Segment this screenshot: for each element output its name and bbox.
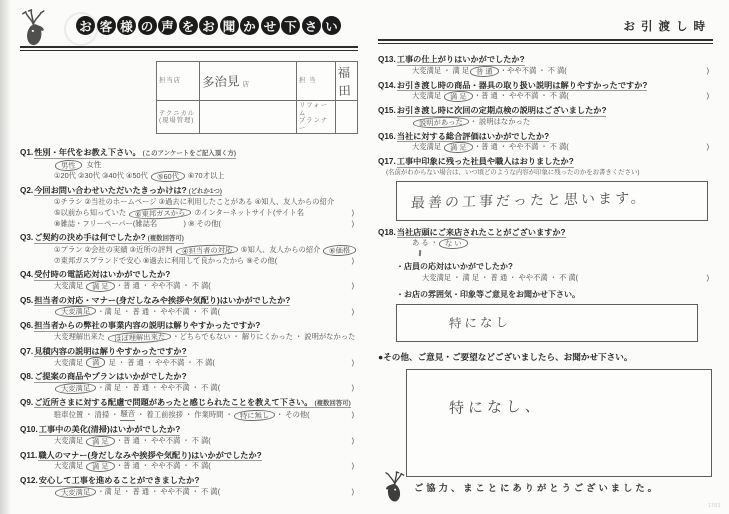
form-number: 1701 (708, 503, 721, 509)
question-title: ご提案の商品やプランはいかがでしたか? (34, 372, 186, 383)
question-title: 当社に対する総合評価はいかがでしたか? (397, 132, 549, 143)
question-q7: Q7.見積内容の説明は解りやすかったですか?大変満足 満 足 ・ 普 通 ・ や… (20, 346, 358, 369)
closing-paren: ) (352, 358, 354, 369)
other-comments-box: 特になし、 (406, 369, 712, 477)
question-id: Q2. (20, 186, 33, 195)
closing-paren: ) (352, 383, 354, 394)
deer-logo-icon (374, 468, 406, 508)
question-title: 受付時の電話応対はいかがでしたか? (34, 270, 170, 281)
option-text: ・どちらでもない ・ 解りにくかった ・ 説明がなかった (172, 332, 355, 343)
closing-paren: ) (707, 66, 709, 77)
option-line: 大変満足・満 足 ・ 普 通 ・ やや不満 ・ 不 満() (20, 487, 358, 498)
question-q9: Q9.ご近所さまに対する配慮で問題があったと感じられたことを教えて下さい。(複数… (20, 397, 358, 421)
selected-option: 大変満足 (55, 306, 97, 318)
option-text: ・普 通 ・ やや不満 ・ 不 満( (474, 91, 569, 102)
option-text: ⑥70才以上 (186, 171, 225, 182)
selected-option: な い (439, 238, 468, 250)
deer-logo-icon (20, 8, 58, 50)
questions-q1-q12: Q1.性別・年代をお教え下さい。(このアンケートをご記入頂く方)男性 女性①20… (20, 147, 358, 497)
option-line: 大変満足 満 足・普 通 ・ やや不満 ・ 不 満() (20, 436, 358, 447)
selected-option: 満 足 (86, 461, 115, 473)
question-q3: Q3.ご契約の決め手は何でしたか?(複数回答可)①プラン ②会社の実績 ③近所の… (20, 232, 358, 266)
q18-sub2-label: ・お店の雰囲気・印象等ご意見をお聞かせ下さい。 (396, 290, 713, 300)
closing-paren: ) (352, 219, 354, 230)
option-line: 大変満足・満 足 ・ 普 通 ・ やや不満 ・ 不 満() (20, 306, 358, 317)
question-id: Q11. (20, 451, 37, 460)
thanks-row: ご協力、まことにありがとうございました。 (378, 480, 713, 494)
closing-paren: ) (352, 281, 354, 292)
option-text: 大変満足 (412, 142, 443, 153)
option-text: ⑧雑誌・フリーペーパー(雑誌名 ) ⑨ その他( (54, 219, 221, 230)
option-text: ⑦インターネットサイト(サイト名 (193, 208, 304, 219)
option-line: 駐車位置 ・ 清掃 ・ 騒音 ・ 着工前挨拶 ・ 作業時間 ・特に無し・ その他… (20, 409, 358, 421)
closing-paren: ) (352, 487, 354, 498)
option-text: 大変理解出来た (54, 332, 107, 343)
question-note: (複数回答可) (315, 400, 351, 407)
option-text: 大変満足 (54, 461, 85, 472)
closing-paren: ) (352, 307, 354, 318)
title-character-badge: 様 (117, 16, 136, 35)
option-text: ・満 足 ・ 普 通 ・ やや不満 ・ 不 満( (97, 487, 220, 498)
option-text: ⑤知人、友人からの紹介 (239, 245, 323, 256)
question-id: Q4. (20, 270, 33, 279)
title-character-badge: せ (261, 16, 280, 35)
option-text: ・ 説明はなかった (470, 117, 530, 128)
option-line: 大変満足 満 足・普 通 ・ やや不満 ・ 不 満() (378, 91, 713, 102)
option-text: ・やや不満 ・ 不 満( (500, 66, 567, 77)
staff-tech-value (200, 101, 297, 134)
title-rule (20, 46, 358, 51)
option-text: ①プラン ②会社の実績 ③近所の評判 (54, 245, 175, 256)
thanks-message: ご協力、まことにありがとうございました。 (414, 480, 660, 494)
title-character-badge: 声 (158, 16, 177, 35)
question-title: 担当者の対応・マナー(身だしなみや挨拶や気配り)はいかがでしたか? (34, 296, 290, 307)
q17-note: (名前がわからない場合は、いつ頃どのような内容が印象に残ったのかをお書きください… (386, 168, 713, 177)
title-character-badge: を (179, 16, 198, 35)
question-title: お引き渡し時に次回の定期点検の説明はございましたか? (397, 106, 607, 117)
option-line: 大変満足 満 足・普 通 ・ やや不満 ・ 不 満() (20, 281, 358, 292)
question-title: 職人のマナー(身だしなみや挨拶や気配り)はいかがでしたか? (38, 451, 261, 462)
question-q10: Q10.工事中の美化(清掃)はいかがでしたか?大変満足 満 足・普 通 ・ やや… (20, 424, 358, 447)
option-text: 大変満足 (54, 436, 85, 447)
staff-person-value: 福 田 (336, 62, 358, 101)
question-id: Q3. (20, 233, 33, 242)
question-id: Q9. (20, 398, 33, 407)
question-title: 安心して工事を進めることができましたか? (39, 476, 200, 487)
selected-option: 満 足 (86, 280, 115, 292)
question-id: Q13. (378, 55, 396, 64)
q17-handwritten-answer: 最善の工事だったと思います。 (411, 187, 649, 212)
handover-rule (378, 39, 713, 44)
option-line: 大変満足 満 足・普 通 ・ やや不満 ・ 不 満() (20, 461, 358, 472)
page-left: お客様の声をお聞かせ下さい 担当店 多治見店 担 当 福 田 テクニカル (現場… (0, 0, 368, 514)
question-title: 今回お問い合わせいただいたきっかけは?(どれか1つ) (34, 186, 222, 197)
option-text: ・ その他( (276, 410, 310, 421)
question-title: 見積内容の説明は解りやすかったですか? (34, 347, 186, 358)
question-q14: Q14.お引き渡し時の商品・器具の取り扱い説明は解りやすかったですか?大変満足 … (378, 80, 713, 103)
selected-option: 大変満足 (55, 382, 97, 394)
title-character-badge: 客 (97, 16, 116, 35)
staff-planner-label: リフォーム プランナー (297, 101, 336, 134)
staff-planner-value (336, 101, 358, 134)
option-text: ⑦東邦ガスブランドで安心 ⑧過去に利用して良かったから ⑨その他( (54, 256, 277, 267)
other-handwritten-answer: 特になし、 (449, 395, 545, 418)
title-character-badge: 聞 (220, 16, 239, 35)
q18-sub1-label: ・店員の応対はいかがでしたか? (396, 262, 713, 272)
q18-sub1-options: 大変満足 ・ 満 足 ・ 普 通 ・ やや不満 ・ 不 満( ) (378, 273, 713, 284)
selected-option: 説明があった (413, 116, 469, 129)
selected-option: 満 (86, 357, 106, 369)
option-line: 大変満足 満 足 ・ 普 通 ・ やや不満 ・ 不 満() (20, 357, 358, 368)
option-text: ・満 足 ・ 普 通 ・ やや不満 ・ 不 満( (97, 383, 220, 394)
option-line: 説明があった・ 説明はなかった (378, 117, 713, 128)
closing-paren: ) (352, 410, 354, 421)
closing-paren: ) (707, 91, 709, 102)
page-right: お引渡し時 Q13.工事の仕上がりはいかがでしたか?大変満足 ・ 満 足普 通・… (368, 0, 729, 514)
question-id: Q7. (20, 347, 33, 356)
selected-option: 満 足 (444, 142, 473, 154)
question-note: (このアンケートをご記入頂く方) (143, 150, 236, 157)
selected-option: ほぼ理解出来た (108, 331, 171, 344)
question-q2: Q2.今回お問い合わせいただいたきっかけは?(どれか1つ)①チラシ ②当社のホー… (20, 185, 358, 230)
option-line: ①チラシ ②当社のホームページ ③過去に利用したことがある ④知人、友人からの紹… (20, 197, 358, 208)
option-text: 騒音 (120, 409, 135, 421)
question-title: お引き渡し時の商品・器具の取り扱い説明は解りやすかったですか? (397, 81, 648, 92)
scanned-survey-sheet: お客様の声をお聞かせ下さい 担当店 多治見店 担 当 福 田 テクニカル (現場… (0, 0, 729, 514)
left-header: お客様の声をお聞かせ下さい (20, 6, 358, 46)
option-text: ・普 通 ・ やや不満 ・ 不 満( (116, 281, 211, 292)
q18-answer-box: 特になし (396, 304, 698, 342)
question-q5: Q5.担当者の対応・マナー(身だしなみや挨拶や気配り)はいかがでしたか?大変満足… (20, 295, 358, 318)
option-text: 大変満足 (54, 281, 85, 292)
option-line: 大変満足 ・ 満 足普 通・やや不満 ・ 不 満() (378, 66, 713, 77)
question-q4: Q4.受付時の電話応対はいかがでしたか?大変満足 満 足・普 通 ・ やや不満 … (20, 269, 358, 292)
selected-option: 特に無し (234, 409, 276, 421)
question-title: ご近所さまに対する配慮で問題があったと感じられたことを教えて下さい。(複数回答可… (34, 398, 351, 409)
question-note: (どれか1つ) (189, 188, 222, 195)
section-header-handover: お引渡し時 (378, 18, 711, 34)
staff-store-label: 担当店 (157, 62, 200, 101)
question-id: Q16. (378, 132, 396, 141)
option-text: ・ 着工前挨拶 ・ 作業時間 ・ (135, 410, 233, 421)
option-text: ①20代 ②30代 ③40代 ④50代 (54, 171, 150, 182)
page-title: お客様の声をお聞かせ下さい (76, 16, 343, 35)
q18-handwritten-answer: 特になし (449, 312, 512, 331)
question-title: 担当者からの弊社の事業内容の説明は解りやすかったですか? (34, 321, 260, 332)
question-id: Q14. (378, 81, 396, 90)
option-text: 女性 (83, 160, 102, 171)
title-character-badge: さ (302, 16, 321, 35)
title-character-badge: お (199, 16, 218, 35)
closing-paren: ) (352, 208, 354, 219)
stamp-ghost-mark (64, 12, 98, 46)
question-id: Q8. (20, 372, 33, 381)
title-character-badge: い (322, 16, 341, 35)
selected-option: 満 足 (444, 91, 473, 103)
questions-q13-q16: Q13.工事の仕上がりはいかがでしたか?大変満足 ・ 満 足普 通・やや不満 ・… (378, 54, 713, 153)
selected-option: 普 通 (470, 65, 499, 77)
option-line: ⑦東邦ガスブランドで安心 ⑧過去に利用して良かったから ⑨その他() (20, 256, 358, 267)
title-character-badge: 下 (281, 16, 300, 35)
question-q6: Q6.担当者からの弊社の事業内容の説明は解りやすかったですか?大変理解出来た ほ… (20, 320, 358, 343)
title-character-badge: の (138, 16, 157, 35)
other-comments-label: ●その他、ご意見・ご要望などございましたら、お聞かせ下さい。 (378, 352, 713, 363)
question-q8: Q8.ご提案の商品やプランはいかがでしたか?大変満足・満 足 ・ 普 通 ・ や… (20, 371, 358, 394)
question-id: Q6. (20, 321, 33, 330)
option-line: 大変理解出来た ほぼ理解出来た・どちらでもない ・ 解りにくかった ・ 説明がな… (20, 332, 358, 343)
option-text: ①チラシ ②当社のホームページ ③過去に利用したことがある ④知人、友人からの紹… (54, 197, 334, 208)
staff-table: 担当店 多治見店 担 当 福 田 テクニカル (現場管理) リフォーム プランナ… (156, 61, 358, 134)
question-id: Q10. (20, 425, 38, 434)
selected-option: ⑥価格 (323, 244, 357, 256)
selected-option: ⑤60代 (151, 170, 185, 182)
option-line: 大変満足・満 足 ・ 普 通 ・ やや不満 ・ 不 満() (20, 383, 358, 394)
pen-tick-mark (419, 250, 421, 256)
staff-tech-label: テクニカル (現場管理) (157, 101, 200, 134)
question-id: Q5. (20, 296, 33, 305)
question-q12: Q12.安心して工事を進めることができましたか?大変満足・満 足 ・ 普 通 ・… (20, 475, 358, 498)
question-q1: Q1.性別・年代をお教え下さい。(このアンケートをご記入頂く方)男性 女性①20… (20, 147, 358, 182)
option-text: 駐車位置 ・ 清掃 ・ (54, 410, 120, 421)
question-title: 工事の仕上がりはいかがでしたか? (397, 55, 525, 66)
option-line: 大変満足 満 足・普 通 ・ やや不満 ・ 不 満() (378, 142, 713, 153)
q17-answer-box: 最善の工事だったと思います。 (396, 181, 708, 221)
selected-option: 男性 (55, 159, 82, 171)
question-title: ご契約の決め手は何でしたか?(複数回答可) (34, 233, 184, 244)
option-text: ・普 通 ・ やや不満 ・ 不 満( (116, 461, 211, 472)
option-text: 大変満足 (54, 358, 85, 369)
question-q15: Q15.お引き渡し時に次回の定期点検の説明はございましたか?説明があった・ 説明… (378, 105, 713, 128)
question-id: Q1. (20, 148, 33, 157)
title-character-badge: か (240, 16, 259, 35)
question-id: Q15. (378, 106, 396, 115)
closing-paren: ) (352, 256, 354, 267)
question-q13: Q13.工事の仕上がりはいかがでしたか?大変満足 ・ 満 足普 通・やや不満 ・… (378, 54, 713, 77)
option-line: ⑧雑誌・フリーペーパー(雑誌名 ) ⑨ その他() (20, 219, 358, 230)
option-line: ①プラン ②会社の実績 ③近所の評判 ④担当者の対応 ⑤知人、友人からの紹介 ⑥… (20, 245, 358, 256)
option-text: ・普 通 ・ やや不満 ・ 不 満( (474, 142, 569, 153)
staff-store-value: 多治見店 (200, 62, 297, 101)
question-note: (複数回答可) (148, 235, 184, 242)
option-line: ⑤以前から知っていた ⑥東邦ガスから ⑦インターネットサイト(サイト名) (20, 208, 358, 219)
question-q17: Q17.工事中印象に残った社員や職人はおりましたか? (名前がわからない場合は、… (378, 156, 713, 221)
selected-option: 大変満足 (55, 486, 97, 498)
staff-person-label: 担 当 (297, 62, 336, 101)
question-title: 工事中の美化(清掃)はいかがでしたか? (39, 425, 180, 436)
closing-paren: ) (352, 461, 354, 472)
question-title: 性別・年代をお教え下さい。(このアンケートをご記入頂く方) (34, 148, 236, 159)
option-text: 大変満足 ・ 満 足 (412, 66, 469, 77)
option-text: 足 ・ 普 通 ・ やや不満 ・ 不 満( (107, 358, 215, 369)
question-id: Q12. (20, 476, 38, 485)
option-text: ・満 足 ・ 普 通 ・ やや不満 ・ 不 満( (97, 307, 220, 318)
option-text: ⑤以前から知っていた (54, 208, 128, 219)
closing-paren: ) (707, 142, 709, 153)
question-q16: Q16.当社に対する総合評価はいかがでしたか?大変満足 満 足・普 通 ・ やや… (378, 131, 713, 154)
closing-paren: ) (352, 436, 354, 447)
option-line: ①20代 ②30代 ③40代 ④50代 ⑤60代 ⑥70才以上 (20, 171, 358, 182)
option-text: 大変満足 (412, 91, 443, 102)
question-q11: Q11.職人のマナー(身だしなみや挨拶や気配り)はいかがでしたか?大変満足 満 … (20, 450, 358, 473)
option-text: ・普 通 ・ やや不満 ・ 不 満( (116, 436, 211, 447)
option-line: 男性 女性 (20, 160, 358, 171)
q18-options: あ る ・な い (378, 238, 713, 249)
selected-option: 満 足 (86, 435, 115, 447)
question-q18: Q18.当社店頭にご来店されたことがございますか? あ る ・な い ・店員の応… (378, 227, 713, 342)
